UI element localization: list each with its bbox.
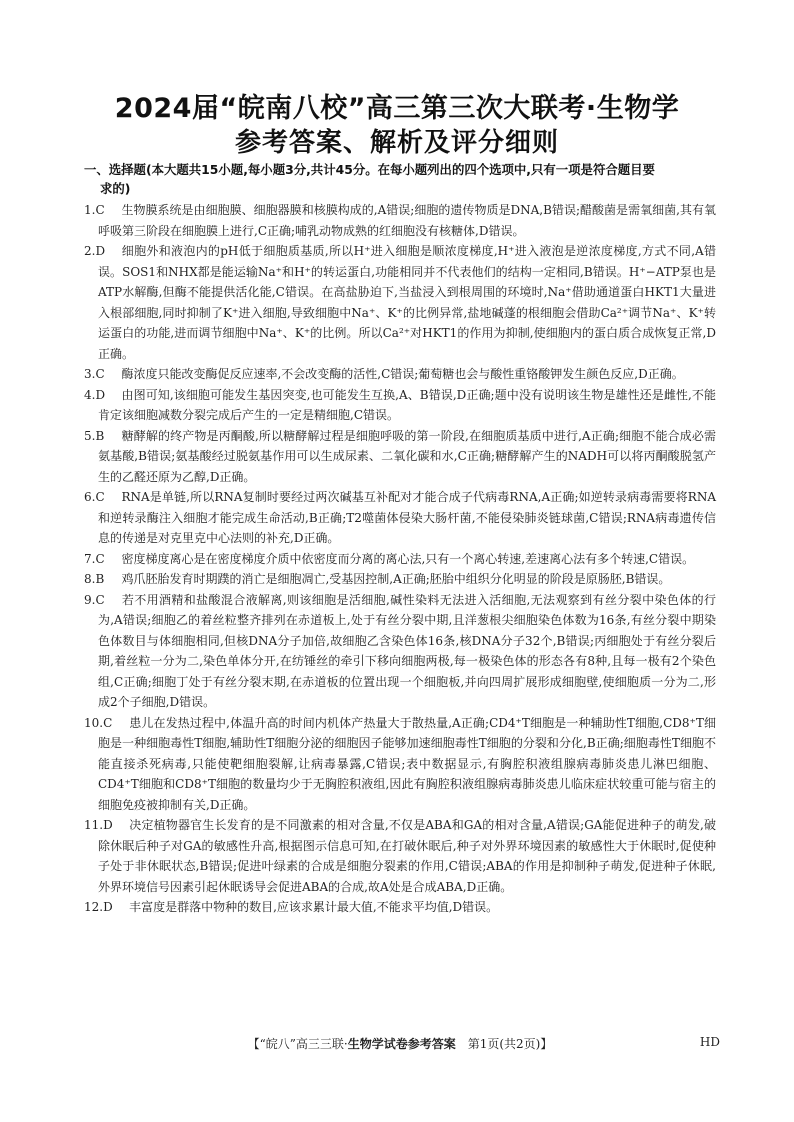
item-number: 2. xyxy=(84,244,95,258)
item-number: 1. xyxy=(84,203,95,217)
answer-item-2: 2.D细胞外和液泡内的pH低于细胞质基质,所以H⁺进入细胞是顺浓度梯度,H⁺进入… xyxy=(84,241,716,364)
answer-item-6: 6.CRNA是单链,所以RNA复制时要经过两次碱基互补配对才能合成子代病毒RNA… xyxy=(84,487,716,549)
item-number: 9. xyxy=(84,593,95,607)
item-explanation: 细胞外和液泡内的pH低于细胞质基质,所以H⁺进入细胞是顺浓度梯度,H⁺进入液泡是… xyxy=(98,244,716,361)
footer-doc-name: 生物学试卷参考答案 xyxy=(348,1037,456,1051)
section-heading-continuation: 求的) xyxy=(84,179,716,198)
item-number: 6. xyxy=(84,490,95,504)
item-answer: D xyxy=(95,241,121,262)
answer-list: 1.C生物膜系统是由细胞膜、细胞器膜和核膜构成的,A错误;细胞的遗传物质是DNA… xyxy=(84,200,716,918)
answer-item-9: 9.C若不用酒精和盐酸混合液解离,则该细胞是活细胞,碱性染料无法进入活细胞,无法… xyxy=(84,590,716,713)
item-number: 4. xyxy=(84,388,95,402)
item-answer: C xyxy=(95,590,121,611)
item-explanation: 若不用酒精和盐酸混合液解离,则该细胞是活细胞,碱性染料无法进入活细胞,无法观察到… xyxy=(98,593,716,710)
item-number: 8. xyxy=(84,572,95,586)
item-explanation: RNA是单链,所以RNA复制时要经过两次碱基互补配对才能合成子代病毒RNA,A正… xyxy=(98,490,716,545)
answer-item-10: 10.C患儿在发热过程中,体温升高的时间内机体产热量大于散热量,A正确;CD4⁺… xyxy=(84,713,716,816)
footer-caption: 【“皖八”高三三联·生物学试卷参考答案 第1页(共2页)】 xyxy=(80,1035,720,1052)
item-answer: D xyxy=(103,815,129,836)
item-explanation: 由图可知,该细胞可能发生基因突变,也可能发生互换,A、B错误,D正确;题中没有说… xyxy=(98,388,716,423)
answer-item-4: 4.D由图可知,该细胞可能发生基因突变,也可能发生互换,A、B错误,D正确;题中… xyxy=(84,385,716,426)
item-answer: C xyxy=(95,487,121,508)
item-answer: B xyxy=(95,569,121,590)
answer-item-11: 11.D决定植物器官生长发育的是不同激素的相对含量,不仅是ABA和GA的相对含量… xyxy=(84,815,716,897)
section-heading: 一、选择题(本大题共15小题,每小题3分,共计45分。在每小题列出的四个选项中,… xyxy=(84,160,716,198)
answer-item-7: 7.C密度梯度离心是在密度梯度介质中依密度而分离的离心法,只有一个离心转速,差速… xyxy=(84,549,716,570)
item-number: 11. xyxy=(84,818,103,832)
item-number: 10. xyxy=(84,716,103,730)
footer-code: HD xyxy=(700,1035,720,1049)
item-explanation: 患儿在发热过程中,体温升高的时间内机体产热量大于散热量,A正确;CD4⁺T细胞是… xyxy=(98,716,716,812)
footer-exam-name: 【“皖八”高三三联· xyxy=(248,1037,348,1051)
item-answer: C xyxy=(95,200,121,221)
section-heading-text: 一、选择题(本大题共15小题,每小题3分,共计45分。在每小题列出的四个选项中,… xyxy=(84,162,655,177)
document-subtitle: 参考答案、解析及评分细则 xyxy=(0,122,794,159)
item-answer: D xyxy=(103,897,129,918)
item-number: 12. xyxy=(84,900,103,914)
item-explanation: 生物膜系统是由细胞膜、细胞器膜和核膜构成的,A错误;细胞的遗传物质是DNA,B错… xyxy=(98,203,716,238)
item-explanation: 丰富度是群落中物种的数目,应该求累计最大值,不能求平均值,D错误。 xyxy=(129,900,498,914)
footer-page-number: 第1页(共2页)】 xyxy=(456,1037,553,1051)
item-answer: C xyxy=(95,364,121,385)
item-answer: D xyxy=(95,385,121,406)
item-number: 3. xyxy=(84,367,95,381)
item-number: 7. xyxy=(84,552,95,566)
item-number: 5. xyxy=(84,429,95,443)
answer-item-12: 12.D丰富度是群落中物种的数目,应该求累计最大值,不能求平均值,D错误。 xyxy=(84,897,716,918)
item-explanation: 密度梯度离心是在密度梯度介质中依密度而分离的离心法,只有一个离心转速,差速离心法… xyxy=(121,552,694,566)
answer-item-8: 8.B鸡爪胚胎发育时期蹼的消亡是细胞凋亡,受基因控制,A正确;胚胎中组织分化明显… xyxy=(84,569,716,590)
answer-item-3: 3.C酶浓度只能改变酶促反应速率,不会改变酶的活性,C错误;葡萄糖也会与酸性重铬… xyxy=(84,364,716,385)
item-answer: B xyxy=(95,426,121,447)
item-explanation: 糖酵解的终产物是丙酮酸,所以糖酵解过程是细胞呼吸的第一阶段,在细胞质基质中进行,… xyxy=(98,429,716,484)
item-answer: C xyxy=(103,713,129,734)
answer-key-page: 2024届“皖南八校”高三第三次大联考·生物学 参考答案、解析及评分细则 一、选… xyxy=(0,0,794,1122)
item-explanation: 鸡爪胚胎发育时期蹼的消亡是细胞凋亡,受基因控制,A正确;胚胎中组织分化明显的阶段… xyxy=(121,572,670,586)
answer-item-5: 5.B糖酵解的终产物是丙酮酸,所以糖酵解过程是细胞呼吸的第一阶段,在细胞质基质中… xyxy=(84,426,716,488)
item-explanation: 酶浓度只能改变酶促反应速率,不会改变酶的活性,C错误;葡萄糖也会与酸性重铬酸钾发… xyxy=(121,367,683,381)
page-footer: 【“皖八”高三三联·生物学试卷参考答案 第1页(共2页)】 HD xyxy=(80,1035,720,1053)
answer-item-1: 1.C生物膜系统是由细胞膜、细胞器膜和核膜构成的,A错误;细胞的遗传物质是DNA… xyxy=(84,200,716,241)
document-title: 2024届“皖南八校”高三第三次大联考·生物学 xyxy=(0,86,794,125)
item-answer: C xyxy=(95,549,121,570)
item-explanation: 决定植物器官生长发育的是不同激素的相对含量,不仅是ABA和GA的相对含量,A错误… xyxy=(98,818,716,894)
